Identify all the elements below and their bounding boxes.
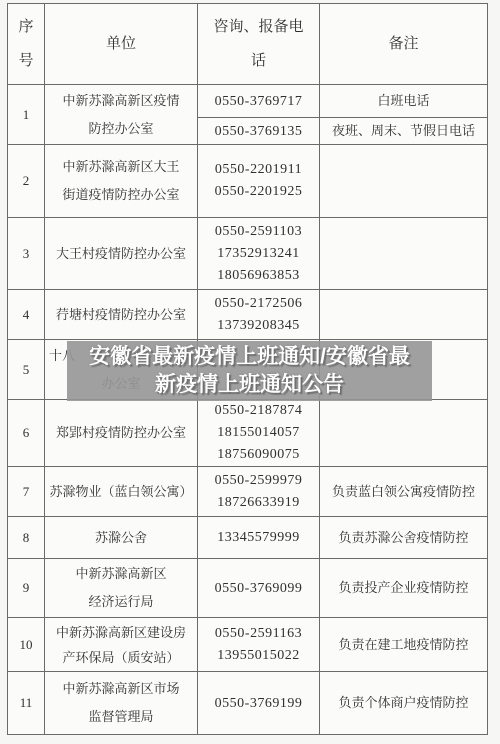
unit-line: 街道疫情防控办公室 <box>47 181 195 209</box>
header-remark-label: 备注 <box>388 36 418 52</box>
unit-cell: 中新苏滁高新区大王 街道疫情防控办公室 <box>45 145 198 218</box>
row-number-cell: 3 <box>8 218 45 290</box>
phone-number: 0550-3769199 <box>215 696 303 711</box>
row-number: 11 <box>20 695 33 710</box>
header-phone-line2: 话 <box>200 44 317 78</box>
header-no-line2: 号 <box>10 44 42 78</box>
row-number-cell: 7 <box>8 467 45 517</box>
phone-number: 13955015022 <box>200 645 317 667</box>
header-remark: 备注 <box>320 4 488 85</box>
row-number-cell: 4 <box>8 290 45 340</box>
phone-cell: 0550-2172506 13739208345 <box>198 290 320 340</box>
unit-cell: 中新苏滁高新区疫情 防控办公室 <box>45 85 198 145</box>
row-number: 10 <box>20 637 33 652</box>
remark-cell: 夜班、周末、节假日电话 <box>320 118 488 145</box>
watermark-overlay: 安徽省最新疫情上班通知/安徽省最 新疫情上班通知公告 <box>67 341 432 401</box>
unit-line: 防控办公室 <box>47 115 195 143</box>
header-unit-label: 单位 <box>106 36 136 52</box>
remark-text: 负责在建工地疫情防控 <box>338 637 468 652</box>
phone-number: 0550-3769135 <box>215 124 303 139</box>
unit-cell: 大王村疫情防控办公室 <box>45 218 198 290</box>
row-number: 6 <box>23 425 30 440</box>
unit-cell: 苏滁物业（蓝白领公寓） <box>45 467 198 517</box>
unit-line: 中新苏滁高新区大王 <box>47 153 195 181</box>
row-number: 3 <box>23 246 30 261</box>
unit-line: 经济运行局 <box>47 588 195 616</box>
table-row: 10 中新苏滁高新区建设房 产环保局（质安站） 0550-2591163 139… <box>8 618 488 672</box>
remark-text: 白班电话 <box>377 93 429 108</box>
remark-cell <box>320 400 488 467</box>
header-row: 序 号 单位 咨询、报备电 话 备注 <box>8 4 488 85</box>
row-number-cell: 9 <box>8 559 45 618</box>
phone-number: 0550-2172506 <box>200 293 317 315</box>
unit-line: 监督管理局 <box>47 703 195 731</box>
phone-cell: 0550-2591163 13955015022 <box>198 618 320 672</box>
row-number-cell: 2 <box>8 145 45 218</box>
phone-cell: 13345579999 <box>198 517 320 559</box>
phone-number: 0550-2599979 <box>200 470 317 492</box>
header-unit: 单位 <box>45 4 198 85</box>
unit-cell: 中新苏滁高新区市场 监督管理局 <box>45 672 198 735</box>
remark-text: 负责蓝白领公寓疫情防控 <box>332 484 475 499</box>
unit-line: 郑郢村疫情防控办公室 <box>56 425 186 440</box>
phone-number: 0550-2591103 <box>200 221 317 243</box>
phone-cell: 0550-3769199 <box>198 672 320 735</box>
phone-number: 18155014057 <box>200 422 317 444</box>
table-row: 3 大王村疫情防控办公室 0550-2591103 17352913241 18… <box>8 218 488 290</box>
watermark-text-line1: 安徽省最新疫情上班通知/安徽省最 <box>89 343 410 371</box>
table-row: 1 中新苏滁高新区疫情 防控办公室 0550-3769717 白班电话 <box>8 85 488 118</box>
unit-cell: 中新苏滁高新区建设房 产环保局（质安站） <box>45 618 198 672</box>
remark-cell: 白班电话 <box>320 85 488 118</box>
phone-cell: 0550-2591103 17352913241 18056963853 <box>198 218 320 290</box>
table-row: 6 郑郢村疫情防控办公室 0550-2187874 18155014057 18… <box>8 400 488 467</box>
unit-cell: 苏滁公舍 <box>45 517 198 559</box>
remark-text: 负责个体商户疫情防控 <box>338 695 468 710</box>
unit-line: 中新苏滁高新区 <box>47 560 195 588</box>
phone-number: 0550-3769717 <box>215 94 303 109</box>
phone-cell: 0550-2201911 0550-2201925 <box>198 145 320 218</box>
row-number-cell: 5 <box>8 340 45 400</box>
phone-number: 0550-2591163 <box>200 623 317 645</box>
unit-line: 中新苏滁高新区建设房 <box>47 620 195 645</box>
row-number: 5 <box>23 362 30 377</box>
phone-number: 0550-3769099 <box>215 581 303 596</box>
table-row: 2 中新苏滁高新区大王 街道疫情防控办公室 0550-2201911 0550-… <box>8 145 488 218</box>
header-phone-line1: 咨询、报备电 <box>200 10 317 44</box>
unit-line: 苏滁公舍 <box>95 530 147 545</box>
table-row: 11 中新苏滁高新区市场 监督管理局 0550-3769199 负责个体商户疫情… <box>8 672 488 735</box>
unit-line: 荇塘村疫情防控办公室 <box>56 307 186 322</box>
header-phone: 咨询、报备电 话 <box>198 4 320 85</box>
unit-line: 中新苏滁高新区疫情 <box>47 87 195 115</box>
unit-line: 大王村疫情防控办公室 <box>56 246 186 261</box>
phone-number: 18056963853 <box>200 265 317 287</box>
unit-cell: 中新苏滁高新区 经济运行局 <box>45 559 198 618</box>
row-number: 8 <box>23 530 30 545</box>
phone-number: 0550-2201925 <box>200 181 317 203</box>
unit-cell: 郑郢村疫情防控办公室 <box>45 400 198 467</box>
remark-text: 负责苏滁公舍疫情防控 <box>338 530 468 545</box>
header-no-line1: 序 <box>10 10 42 44</box>
phone-number: 17352913241 <box>200 243 317 265</box>
remark-text: 负责投产企业疫情防控 <box>338 580 468 595</box>
row-number: 9 <box>23 580 30 595</box>
table-row: 4 荇塘村疫情防控办公室 0550-2172506 13739208345 <box>8 290 488 340</box>
remark-cell: 负责个体商户疫情防控 <box>320 672 488 735</box>
remark-cell: 负责苏滁公舍疫情防控 <box>320 517 488 559</box>
remark-cell: 负责蓝白领公寓疫情防控 <box>320 467 488 517</box>
phone-number: 0550-2201911 <box>200 159 317 181</box>
remark-cell <box>320 145 488 218</box>
row-number-cell: 6 <box>8 400 45 467</box>
table-row: 9 中新苏滁高新区 经济运行局 0550-3769099 负责投产企业疫情防控 <box>8 559 488 618</box>
phone-cell: 0550-2599979 18726633919 <box>198 467 320 517</box>
phone-cell: 0550-2187874 18155014057 18756090075 <box>198 400 320 467</box>
row-number: 2 <box>23 173 30 188</box>
unit-line: 产环保局（质安站） <box>47 645 195 670</box>
remark-cell <box>320 290 488 340</box>
watermark-text-line2: 新疫情上班通知公告 <box>155 371 344 399</box>
table-row: 7 苏滁物业（蓝白领公寓） 0550-2599979 18726633919 负… <box>8 467 488 517</box>
row-number: 1 <box>23 107 30 122</box>
phone-cell: 0550-3769099 <box>198 559 320 618</box>
header-no: 序 号 <box>8 4 45 85</box>
phone-number: 18756090075 <box>200 444 317 466</box>
row-number-cell: 8 <box>8 517 45 559</box>
phone-number: 13739208345 <box>200 315 317 337</box>
row-number: 4 <box>23 307 30 322</box>
phone-cell: 0550-3769717 <box>198 85 320 118</box>
row-number: 7 <box>23 484 30 499</box>
table-row: 8 苏滁公舍 13345579999 负责苏滁公舍疫情防控 <box>8 517 488 559</box>
remark-cell: 负责在建工地疫情防控 <box>320 618 488 672</box>
remark-cell <box>320 218 488 290</box>
unit-line: 中新苏滁高新区市场 <box>47 675 195 703</box>
unit-cell: 荇塘村疫情防控办公室 <box>45 290 198 340</box>
remark-text: 夜班、周末、节假日电话 <box>332 123 475 138</box>
phone-number: 18726633919 <box>200 492 317 514</box>
unit-line: 苏滁物业（蓝白领公寓） <box>49 484 192 499</box>
row-number-cell: 1 <box>8 85 45 145</box>
row-number-cell: 11 <box>8 672 45 735</box>
remark-cell: 负责投产企业疫情防控 <box>320 559 488 618</box>
row-number-cell: 10 <box>8 618 45 672</box>
phone-number: 0550-2187874 <box>200 400 317 422</box>
phone-cell: 0550-3769135 <box>198 118 320 145</box>
phone-number: 13345579999 <box>217 530 300 545</box>
